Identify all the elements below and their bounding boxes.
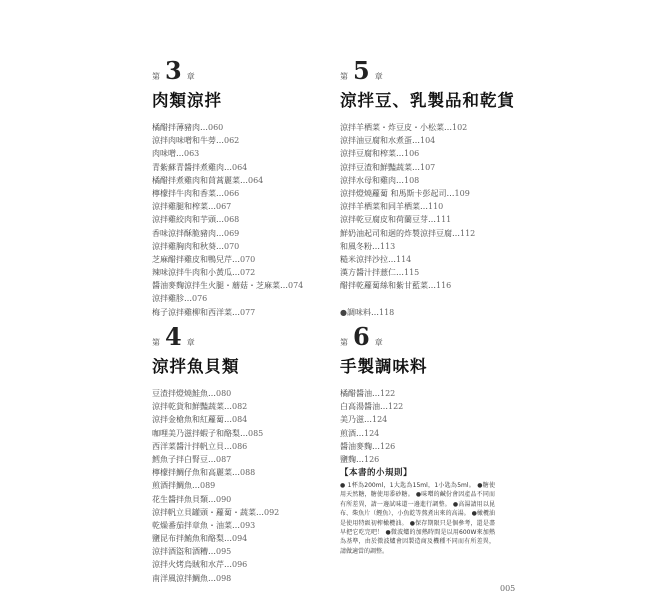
toc-entry[interactable]: 涼拌乾貨和鮮豔蔬菜…082 <box>152 400 279 413</box>
entry-separator: … <box>232 521 240 530</box>
entry-separator: … <box>364 415 372 424</box>
entry-name: 漢方醬汁拌薏仁 <box>340 268 396 277</box>
entry-name: 橘醋拌薄豬肉 <box>152 123 200 132</box>
entry-name: 美乃滋 <box>340 415 364 424</box>
entry-separator: … <box>444 123 452 132</box>
chapter-suffix: 章 <box>375 337 383 348</box>
entry-page: 115 <box>404 268 419 277</box>
bullet-icon: ● <box>340 308 347 317</box>
entry-page: 111 <box>436 215 451 224</box>
entry-separator: … <box>356 455 364 464</box>
entry-page: 124 <box>364 429 379 438</box>
entry-separator: … <box>216 189 224 198</box>
chapter-prefix: 第 <box>152 337 160 348</box>
toc-entry[interactable]: 煎酒拌鯛魚…089 <box>152 479 279 492</box>
toc-entry[interactable]: 涼拌雞胸肉和秋葵…070 <box>152 240 303 253</box>
entry-separator: … <box>232 308 240 317</box>
entry-page: 064 <box>232 163 247 172</box>
entry-name: 糙米涼拌沙拉 <box>340 255 388 264</box>
chapter-number-line: 第 6 章 <box>340 325 428 351</box>
toc-entry[interactable]: 花生醬拌魚貝類…090 <box>152 493 279 506</box>
entry-name: 肉味噌 <box>152 149 176 158</box>
entry-page: 089 <box>200 481 215 490</box>
entry-separator: … <box>208 202 216 211</box>
toc-entry[interactable]: 西洋菜醬汁拌帆立貝…086 <box>152 440 279 453</box>
toc-entry[interactable]: 檸檬拌牛肉和香菜…066 <box>152 187 303 200</box>
toc-entry[interactable]: 涼拌乾豆腐皮和荷蘭豆芽…111 <box>340 213 515 226</box>
chapter-number: 5 <box>353 59 370 83</box>
entry-name: 梅子涼拌雞柳和西洋菜 <box>152 308 232 317</box>
entry-page: 077 <box>240 308 255 317</box>
chapter-3: 第 3 章 肉類涼拌 橘醋拌薄豬肉…060涼拌肉味噌和牛蒡…062肉味噌…063… <box>152 59 303 319</box>
toc-entry[interactable]: 涼拌金槍魚和紅蘿蔔…084 <box>152 413 279 426</box>
entry-name: 涼拌水母和雞肉 <box>340 176 396 185</box>
entry-separator: … <box>216 229 224 238</box>
entry-separator: … <box>208 389 216 398</box>
entry-name: 和風冬粉 <box>340 242 372 251</box>
entry-separator: … <box>256 508 264 517</box>
entry-separator: … <box>412 136 420 145</box>
chapter-5: 第 5 章 涼拌豆、乳製品和乾貨 涼拌羊栖菜・炸豆皮・小松菜…102涼拌油豆腐和… <box>340 59 515 320</box>
entry-separator: … <box>224 402 232 411</box>
toc-entry[interactable]: 涼拌豆腐和榨菜…106 <box>340 147 515 160</box>
entry-separator: … <box>184 294 192 303</box>
entry-name: 涼拌雞胗 <box>152 294 184 303</box>
entry-name: 花生醬拌魚貝類 <box>152 495 208 504</box>
toc-entry[interactable]: 涼拌帆立貝罐頭・蘿蔔・蔬菜…092 <box>152 506 279 519</box>
entry-name: 涼拌金槍魚和紅蘿蔔 <box>152 415 224 424</box>
entry-page: 093 <box>240 521 255 530</box>
toc-entry[interactable]: 涼拌雞胗…076 <box>152 292 303 305</box>
chapter-suffix: 章 <box>187 71 195 82</box>
entry-name: 乾燥番茄拌章魚・油菜 <box>152 521 232 530</box>
entry-name: 涼拌雞腿和榨菜 <box>152 202 208 211</box>
entry-page: 114 <box>396 255 411 264</box>
entry-name: 西洋菜醬汁拌帆立貝 <box>152 442 224 451</box>
entry-name: 涼拌乾豆腐皮和荷蘭豆芽 <box>340 215 428 224</box>
toc-entry[interactable]: 涼拌水母和雞肉…108 <box>340 174 515 187</box>
entry-name: 芝麻醋拌雞皮和鴨兒芹 <box>152 255 232 264</box>
entry-name: 鮮奶油起司和迴的炸製涼拌豆腐 <box>340 229 452 238</box>
entry-page: 072 <box>240 268 255 277</box>
toc-entry[interactable]: 鮮奶油起司和迴的炸製涼拌豆腐…112 <box>340 227 515 240</box>
entry-separator: … <box>396 149 404 158</box>
toc-entry[interactable]: 梅子涼拌雞柳和西洋菜…077 <box>152 306 303 319</box>
toc-entry[interactable]: 鱈魚子拌白腎豆…087 <box>152 453 279 466</box>
entry-separator: … <box>232 468 240 477</box>
entry-name: 涼拌豆腐和榨菜 <box>340 149 396 158</box>
toc-entry[interactable]: 橘醋醬油…122 <box>340 387 428 400</box>
entry-page: 104 <box>420 136 435 145</box>
entry-separator: … <box>452 229 460 238</box>
book-rules-box: 【本書的小規則】 ● 1杯為200ml，1大匙為15ml，1小匙為5ml。 ●糖… <box>340 466 495 556</box>
entry-page: 066 <box>224 189 239 198</box>
entry-name: 涼拌酒盜和酒糟 <box>152 547 208 556</box>
page-number: 005 <box>500 584 515 593</box>
entry-separator: … <box>224 560 232 569</box>
chapter-suffix: 章 <box>187 337 195 348</box>
entry-page: 080 <box>216 389 231 398</box>
entry-page: 060 <box>208 123 223 132</box>
entry-name: 涼拌雞絞肉和芋頭 <box>152 215 216 224</box>
toc-entry[interactable]: 糙米涼拌沙拉…114 <box>340 253 515 266</box>
toc-entry[interactable]: 和風冬粉…113 <box>340 240 515 253</box>
entry-page: 118 <box>379 308 394 317</box>
toc-list: 橘醋醬油…122白高湯醬油…122美乃滋…124煎酒…124醬油麥麴…126鹽麴… <box>340 387 428 466</box>
toc-entry[interactable]: 香味涼拌酥脆豬肉…069 <box>152 227 303 240</box>
toc-entry[interactable]: 涼拌油豆腐和水煮蛋…104 <box>340 134 515 147</box>
entry-name: 醋拌乾蘿蔔絲和紫甘藍菜 <box>340 281 428 290</box>
entry-page: 126 <box>364 455 379 464</box>
entry-separator: … <box>371 308 379 317</box>
entry-page: 087 <box>216 455 231 464</box>
toc-entry[interactable]: 涼拌火烤烏賊和水芹…096 <box>152 558 279 571</box>
entry-name: 南洋風涼拌鯛魚 <box>152 574 208 583</box>
entry-page: 067 <box>216 202 231 211</box>
entry-page: 069 <box>224 229 239 238</box>
toc-entry[interactable]: 橘醋拌煮雞肉和茼蒿麗菜…064 <box>152 174 303 187</box>
entry-page: 068 <box>224 215 239 224</box>
toc-entry[interactable]: 煎酒…124 <box>340 427 428 440</box>
toc-entry[interactable]: 橘醋拌薄豬肉…060 <box>152 121 303 134</box>
entry-separator: … <box>208 455 216 464</box>
entry-page: 084 <box>232 415 247 424</box>
entry-page: 062 <box>224 136 239 145</box>
entry-separator: … <box>280 281 288 290</box>
entry-page: 112 <box>460 229 475 238</box>
entry-page: 107 <box>420 163 435 172</box>
entry-name: 香味涼拌酥脆豬肉 <box>152 229 216 238</box>
entry-page: 064 <box>248 176 263 185</box>
toc-entry[interactable]: 辣味涼拌牛肉和小黃瓜…072 <box>152 266 303 279</box>
toc-entry[interactable]: 肉味噌…063 <box>152 147 303 160</box>
entry-page: 070 <box>224 242 239 251</box>
entry-separator: … <box>428 281 436 290</box>
spacer <box>340 292 515 306</box>
chapter-number-line: 第 5 章 <box>340 59 515 85</box>
entry-separator: … <box>356 429 364 438</box>
toc-entry[interactable]: 南洋風涼拌鯛魚…098 <box>152 572 279 585</box>
entry-separator: … <box>372 442 380 451</box>
chapter-number-line: 第 3 章 <box>152 59 303 85</box>
toc-list: 涼拌羊栖菜・炸豆皮・小松菜…102涼拌油豆腐和水煮蛋…104涼拌豆腐和榨菜…10… <box>340 121 515 292</box>
entry-page: 063 <box>184 149 199 158</box>
entry-page: 092 <box>264 508 279 517</box>
entry-separator: … <box>208 495 216 504</box>
entry-name: 涼拌燈燒蘿蔔 和馬斯卡彭起司 <box>340 189 447 198</box>
entry-separator: … <box>396 268 404 277</box>
entry-name: 涼拌肉味噌和牛蒡 <box>152 136 216 145</box>
entry-page: 106 <box>404 149 419 158</box>
chapter-number: 4 <box>165 325 182 349</box>
toc-entry-seasonings[interactable]: ●調味料…118 <box>340 306 515 319</box>
entry-page: 094 <box>232 534 247 543</box>
entry-name: 橘醋醬油 <box>340 389 372 398</box>
entry-name: 煎酒拌鯛魚 <box>152 481 192 490</box>
entry-name: 橘醋拌煮雞肉和茼蒿麗菜 <box>152 176 240 185</box>
entry-name: 調味料 <box>347 308 371 317</box>
entry-name: 涼拌帆立貝罐頭・蘿蔔・蔬菜 <box>152 508 256 517</box>
entry-separator: … <box>208 547 216 556</box>
entry-separator: … <box>372 242 380 251</box>
entry-separator: … <box>372 389 380 398</box>
entry-page: 109 <box>455 189 470 198</box>
toc-entry[interactable]: 檸檬拌鯛仔魚和高麗菜…088 <box>152 466 279 479</box>
toc-entry[interactable]: 涼拌羊栖菜和同羊栖菜…110 <box>340 200 515 213</box>
entry-page: 110 <box>428 202 443 211</box>
chapter-4: 第 4 章 涼拌魚貝類 豆渣拌燈燒鮭魚…080涼拌乾貨和鮮豔蔬菜…082涼拌金槍… <box>152 325 279 585</box>
toc-entry[interactable]: 涼拌燈燒蘿蔔 和馬斯卡彭起司…109 <box>340 187 515 200</box>
entry-page: 085 <box>248 429 263 438</box>
chapter-suffix: 章 <box>375 71 383 82</box>
entry-name: 青紫蘇青醬拌煮雞肉 <box>152 163 224 172</box>
toc-entry[interactable]: 涼拌雞腿和榨菜…067 <box>152 200 303 213</box>
entry-page: 126 <box>380 442 395 451</box>
entry-separator: … <box>388 255 396 264</box>
chapter-title: 涼拌魚貝類 <box>152 353 279 377</box>
entry-name: 鹽昆布拌鮪魚和酪梨 <box>152 534 224 543</box>
entry-separator: … <box>224 415 232 424</box>
entry-name: 涼拌雞胸肉和秋葵 <box>152 242 216 251</box>
entry-separator: … <box>216 242 224 251</box>
toc-entry[interactable]: 咖哩美乃滋拌蝦子和酪梨…085 <box>152 427 279 440</box>
chapter-prefix: 第 <box>340 337 348 348</box>
entry-separator: … <box>208 574 216 583</box>
entry-separator: … <box>240 176 248 185</box>
entry-name: 煎酒 <box>340 429 356 438</box>
rules-title: 【本書的小規則】 <box>340 466 495 478</box>
entry-page: 074 <box>288 281 303 290</box>
entry-name: 白高湯醬油 <box>340 402 380 411</box>
entry-separator: … <box>192 481 200 490</box>
entry-separator: … <box>232 255 240 264</box>
toc-entry[interactable]: 涼拌羊栖菜・炸豆皮・小松菜…102 <box>340 121 515 134</box>
chapter-title: 涼拌豆、乳製品和乾貨 <box>340 87 515 111</box>
toc-entry[interactable]: 醋拌乾蘿蔔絲和紫甘藍菜…116 <box>340 279 515 292</box>
entry-name: 豆渣拌燈燒鮭魚 <box>152 389 208 398</box>
entry-separator: … <box>396 176 404 185</box>
entry-separator: … <box>224 163 232 172</box>
toc-entry[interactable]: 美乃滋…124 <box>340 413 428 426</box>
entry-name: 涼拌羊栖菜和同羊栖菜 <box>340 202 420 211</box>
entry-page: 108 <box>404 176 419 185</box>
toc-list: 豆渣拌燈燒鮭魚…080涼拌乾貨和鮮豔蔬菜…082涼拌金槍魚和紅蘿蔔…084咖哩美… <box>152 387 279 585</box>
entry-separator: … <box>447 189 455 198</box>
toc-entry[interactable]: 芝麻醋拌雞皮和鴨兒芹…070 <box>152 253 303 266</box>
entry-separator: … <box>224 534 232 543</box>
entry-name: 涼拌豆渣和鮮豔蔬菜 <box>340 163 412 172</box>
entry-name: 鱈魚子拌白腎豆 <box>152 455 208 464</box>
toc-entry[interactable]: 鹽昆布拌鮪魚和酪梨…094 <box>152 532 279 545</box>
entry-page: 122 <box>388 402 403 411</box>
entry-page: 116 <box>436 281 451 290</box>
entry-page: 082 <box>232 402 247 411</box>
entry-page: 113 <box>380 242 395 251</box>
entry-separator: … <box>224 442 232 451</box>
entry-name: 涼拌乾貨和鮮豔蔬菜 <box>152 402 224 411</box>
entry-separator: … <box>232 268 240 277</box>
entry-page: 095 <box>216 547 231 556</box>
entry-separator: … <box>176 149 184 158</box>
entry-separator: … <box>240 429 248 438</box>
entry-name: 醬油麥麴涼拌生火腿・蘑菇・芝麻菜 <box>152 281 280 290</box>
entry-separator: … <box>200 123 208 132</box>
chapter-title: 肉類涼拌 <box>152 87 303 111</box>
entry-page: 124 <box>372 415 387 424</box>
entry-page: 098 <box>216 574 231 583</box>
toc-entry[interactable]: 涼拌豆渣和鮮豔蔬菜…107 <box>340 161 515 174</box>
toc-entry[interactable]: 醬油麥麴…126 <box>340 440 428 453</box>
entry-page: 096 <box>232 560 247 569</box>
entry-name: 檸檬拌鯛仔魚和高麗菜 <box>152 468 232 477</box>
toc-entry[interactable]: 漢方醬汁拌薏仁…115 <box>340 266 515 279</box>
entry-name: 檸檬拌牛肉和香菜 <box>152 189 216 198</box>
chapter-number: 6 <box>353 325 370 349</box>
entry-page: 070 <box>240 255 255 264</box>
entry-name: 涼拌火烤烏賊和水芹 <box>152 560 224 569</box>
entry-separator: … <box>216 136 224 145</box>
entry-page: 088 <box>240 468 255 477</box>
chapter-number-line: 第 4 章 <box>152 325 279 351</box>
rules-body: ● 1杯為200ml，1大匙為15ml，1小匙為5ml。 ●糖使用天然糖，糖使用… <box>340 481 495 556</box>
entry-name: 涼拌油豆腐和水煮蛋 <box>340 136 412 145</box>
chapter-prefix: 第 <box>340 71 348 82</box>
toc-entry[interactable]: 涼拌肉味噌和牛蒡…062 <box>152 134 303 147</box>
entry-page: 090 <box>216 495 231 504</box>
toc-entry[interactable]: 乾燥番茄拌章魚・油菜…093 <box>152 519 279 532</box>
chapter-6: 第 6 章 手製調味料 橘醋醬油…122白高湯醬油…122美乃滋…124煎酒…1… <box>340 325 428 466</box>
toc-entry[interactable]: 青紫蘇青醬拌煮雞肉…064 <box>152 161 303 174</box>
entry-name: 咖哩美乃滋拌蝦子和酪梨 <box>152 429 240 438</box>
entry-name: 涼拌羊栖菜・炸豆皮・小松菜 <box>340 123 444 132</box>
toc-entry[interactable]: 涼拌酒盜和酒糟…095 <box>152 545 279 558</box>
chapter-prefix: 第 <box>152 71 160 82</box>
entry-separator: … <box>412 163 420 172</box>
toc-list: 橘醋拌薄豬肉…060涼拌肉味噌和牛蒡…062肉味噌…063青紫蘇青醬拌煮雞肉…0… <box>152 121 303 319</box>
entry-page: 076 <box>192 294 207 303</box>
chapter-number: 3 <box>165 59 182 83</box>
entry-page: 086 <box>232 442 247 451</box>
entry-page: 102 <box>452 123 467 132</box>
toc-entry[interactable]: 醬油麥麴涼拌生火腿・蘑菇・芝麻菜…074 <box>152 279 303 292</box>
entry-separator: … <box>428 215 436 224</box>
entry-name: 醬油麥麴 <box>340 442 372 451</box>
toc-entry[interactable]: 涼拌雞絞肉和芋頭…068 <box>152 213 303 226</box>
toc-entry[interactable]: 鹽麴…126 <box>340 453 428 466</box>
toc-entry[interactable]: 豆渣拌燈燒鮭魚…080 <box>152 387 279 400</box>
entry-separator: … <box>216 215 224 224</box>
entry-separator: … <box>420 202 428 211</box>
chapter-title: 手製調味料 <box>340 353 428 377</box>
entry-separator: … <box>380 402 388 411</box>
entry-name: 辣味涼拌牛肉和小黃瓜 <box>152 268 232 277</box>
entry-page: 122 <box>380 389 395 398</box>
toc-entry[interactable]: 白高湯醬油…122 <box>340 400 428 413</box>
entry-name: 鹽麴 <box>340 455 356 464</box>
